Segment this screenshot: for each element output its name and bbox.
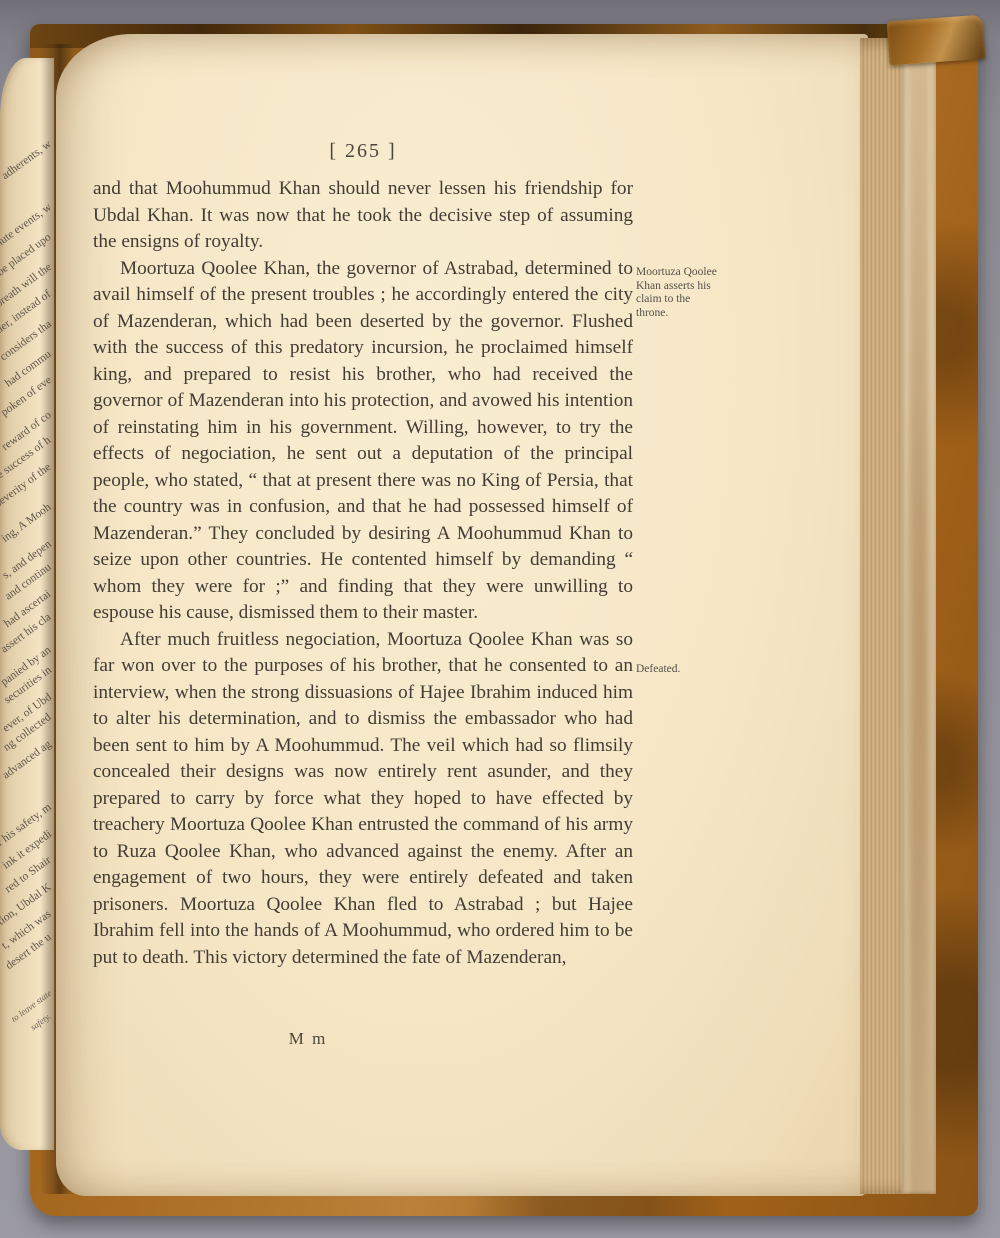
signature-mark: M m [93, 1029, 523, 1049]
page-number: [ 265 ] [93, 140, 633, 163]
paragraph: After much fruitless negociation, Moortu… [93, 627, 633, 972]
paragraph: Moortuza Qoolee Khan, the governor of As… [93, 256, 633, 627]
page-body: and that Moohummud Khan should never les… [93, 176, 633, 971]
margin-note: Defeated. [636, 663, 718, 677]
book-page: [ 265 ] and that Moohummud Khan should n… [56, 34, 868, 1196]
page-block-edge [902, 42, 936, 1194]
paragraph: and that Moohummud Khan should never les… [93, 176, 633, 256]
page-edges [860, 38, 902, 1194]
margin-note: Moortuza Qoolee Khan asserts his claim t… [636, 266, 718, 320]
cover-corner [887, 15, 986, 66]
photo-background: adherents, winute events, wbe placed upo… [0, 0, 1000, 1238]
